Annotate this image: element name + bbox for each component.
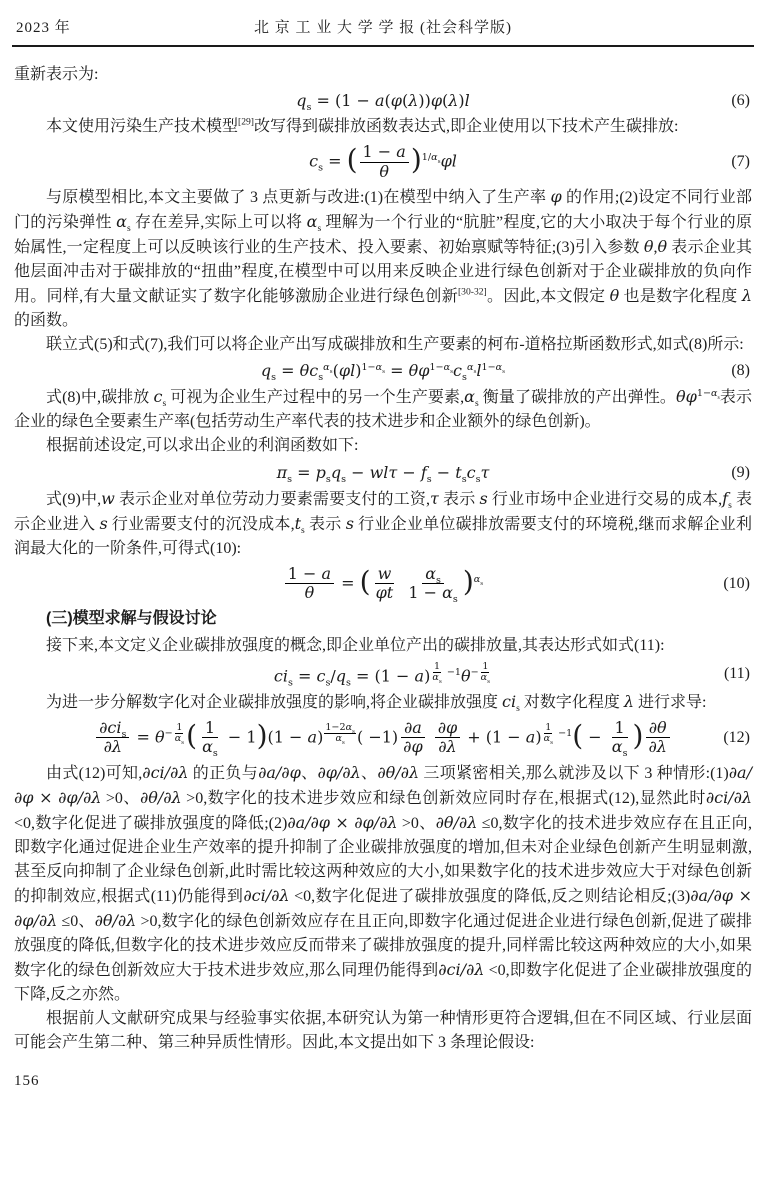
equation-6-formula: qs = (1 − a(φ(λ))φ(λ)l xyxy=(296,91,470,111)
paragraph: 由式(12)可知,∂ci/∂λ 的正负与∂a/∂φ、∂φ/∂λ、∂θ/∂λ 三项… xyxy=(14,761,752,1007)
equation-12-number: (12) xyxy=(723,728,750,748)
section-heading: (三)模型求解与假设讨论 xyxy=(14,607,752,631)
paragraph: 本文使用污染生产技术模型[29]改写得到碳排放函数表达式,即企业使用以下技术产生… xyxy=(14,115,752,139)
paragraph: 根据前人文献研究成果与经验事实依据,本研究认为第一种情形更符合逻辑,但在不同区域… xyxy=(14,1007,752,1055)
equation-9-number: (9) xyxy=(731,463,750,483)
equation-9: πs = psqs − wlτ − fs − tscsτ (9) xyxy=(14,462,752,482)
equation-12-formula: ∂cis∂λ = θ−1αs(1αs − 1)(1 − a)1−2αsαs( −… xyxy=(94,719,672,757)
page-body: 重新表示为: qs = (1 − a(φ(λ))φ(λ)l (6) 本文使用污染… xyxy=(14,63,752,1103)
equation-7: cs = (1 − aθ)1/αsφl (7) xyxy=(14,143,752,181)
equation-10: 1 − aθ = (wφt αs1 − αs)αs (10) xyxy=(14,565,752,603)
equation-8-formula: qs = θcsαs(φl)1−αs = θφ1−αscsαsl1−αs xyxy=(261,361,505,381)
paragraph: 式(9)中,w 表示企业对单位劳动力要素需要支付的工资,τ 表示 s 行业市场中… xyxy=(14,487,752,561)
equation-8-number: (8) xyxy=(731,361,750,381)
equation-11-number: (11) xyxy=(724,664,750,684)
equation-6-number: (6) xyxy=(731,91,750,111)
paragraph: 重新表示为: xyxy=(14,63,752,87)
equation-11: cis = cs/qs = (1 − a)1αs −1θ−1αs (11) xyxy=(14,662,752,686)
equation-10-formula: 1 − aθ = (wφt αs1 − αs)αs xyxy=(283,565,483,603)
page-number: 156 xyxy=(14,1069,752,1103)
paragraph: 式(8)中,碳排放 cs 可视为企业生产过程中的另一个生产要素,αs 衡量了碳排… xyxy=(14,385,752,434)
paragraph: 为进一步分解数字化对企业碳排放强度的影响,将企业碳排放强度 cis 对数字化程度… xyxy=(14,690,752,715)
equation-11-formula: cis = cs/qs = (1 − a)1αs −1θ−1αs xyxy=(274,662,492,686)
paragraph: 联立式(5)和式(7),我们可以将企业产出写成碳排放和生产要素的柯布-道格拉斯函… xyxy=(14,333,752,357)
equation-10-number: (10) xyxy=(723,574,750,594)
header-rule xyxy=(12,45,754,47)
equation-7-number: (7) xyxy=(731,152,750,172)
header-journal-title: 北 京 工 业 大 学 学 报 (社会科学版) xyxy=(14,16,752,37)
journal-page: 2023 年 北 京 工 业 大 学 学 报 (社会科学版) 重新表示为: qs… xyxy=(0,0,766,1198)
paragraph: 接下来,本文定义企业碳排放强度的概念,即企业单位产出的碳排放量,其表达形式如式(… xyxy=(14,634,752,658)
page-header: 2023 年 北 京 工 业 大 学 学 报 (社会科学版) xyxy=(14,14,752,38)
paragraph: 与原模型相比,本文主要做了 3 点更新与改进:(1)在模型中纳入了生产率 φ 的… xyxy=(14,185,752,333)
equation-12: ∂cis∂λ = θ−1αs(1αs − 1)(1 − a)1−2αsαs( −… xyxy=(14,719,752,757)
equation-7-formula: cs = (1 − aθ)1/αsφl xyxy=(309,143,457,181)
equation-9-formula: πs = psqs − wlτ − fs − tscsτ xyxy=(277,463,490,483)
equation-6: qs = (1 − a(φ(λ))φ(λ)l (6) xyxy=(14,91,752,111)
equation-8: qs = θcsαs(φl)1−αs = θφ1−αscsαsl1−αs (8) xyxy=(14,361,752,381)
paragraph: 根据前述设定,可以求出企业的利润函数如下: xyxy=(14,434,752,458)
